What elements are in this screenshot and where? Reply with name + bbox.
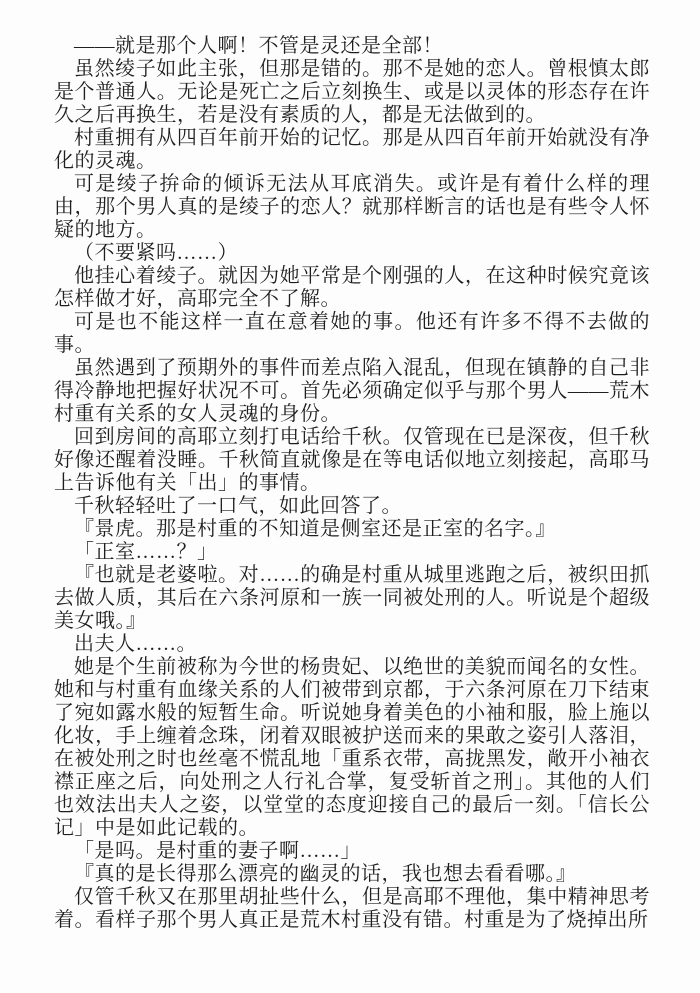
- paragraph: 千秋轻轻吐了一口气，如此回答了。: [54, 495, 650, 518]
- paragraph: ——就是那个人啊！不管是灵还是全部！: [54, 35, 650, 58]
- paragraph: 仅管千秋又在那里胡扯些什么，但是高耶不理他，集中精神思考着。看样子那个男人真正是…: [54, 886, 650, 932]
- paragraph: 『也就是老婆啦。对……的确是村重从城里逃跑之后，被织田抓去做人质，其后在六条河原…: [54, 564, 650, 633]
- paragraph: （不要紧吗……）: [54, 242, 650, 265]
- paragraph: 「正室……？」: [54, 541, 650, 564]
- novel-text-block: ——就是那个人啊！不管是灵还是全部！ 虽然绫子如此主张，但那是错的。那不是她的恋…: [54, 35, 650, 932]
- document-page: ——就是那个人啊！不管是灵还是全部！ 虽然绫子如此主张，但那是错的。那不是她的恋…: [0, 0, 700, 993]
- paragraph: 虽然遇到了预期外的事件而差点陷入混乱，但现在镇静的自己非得冷静地把握好状况不可。…: [54, 357, 650, 426]
- paragraph: 「是吗。是村重的妻子啊……」: [54, 840, 650, 863]
- paragraph: 她是个生前被称为今世的杨贵妃、以绝世的美貌而闻名的女性。她和与村重有血缘关系的人…: [54, 656, 650, 840]
- paragraph: 虽然绫子如此主张，但那是错的。那不是她的恋人。曾根慎太郎是个普通人。无论是死亡之…: [54, 58, 650, 127]
- paragraph: 出夫人……。: [54, 633, 650, 656]
- paragraph: 回到房间的高耶立刻打电话给千秋。仅管现在已是深夜，但千秋好像还醒着没睡。千秋简直…: [54, 426, 650, 495]
- paragraph: 可是绫子拚命的倾诉无法从耳底消失。或许是有着什么样的理由，那个男人真的是绫子的恋…: [54, 173, 650, 242]
- paragraph: 他挂心着绫子。就因为她平常是个刚强的人，在这种时候究竟该怎样做才好，高耶完全不了…: [54, 265, 650, 311]
- paragraph: 村重拥有从四百年前开始的记忆。那是从四百年前开始就没有净化的灵魂。: [54, 127, 650, 173]
- paragraph: 『真的是长得那么漂亮的幽灵的话，我也想去看看哪。』: [54, 863, 650, 886]
- paragraph: 可是也不能这样一直在意着她的事。他还有许多不得不去做的事。: [54, 311, 650, 357]
- paragraph: 『景虎。那是村重的不知道是侧室还是正室的名字。』: [54, 518, 650, 541]
